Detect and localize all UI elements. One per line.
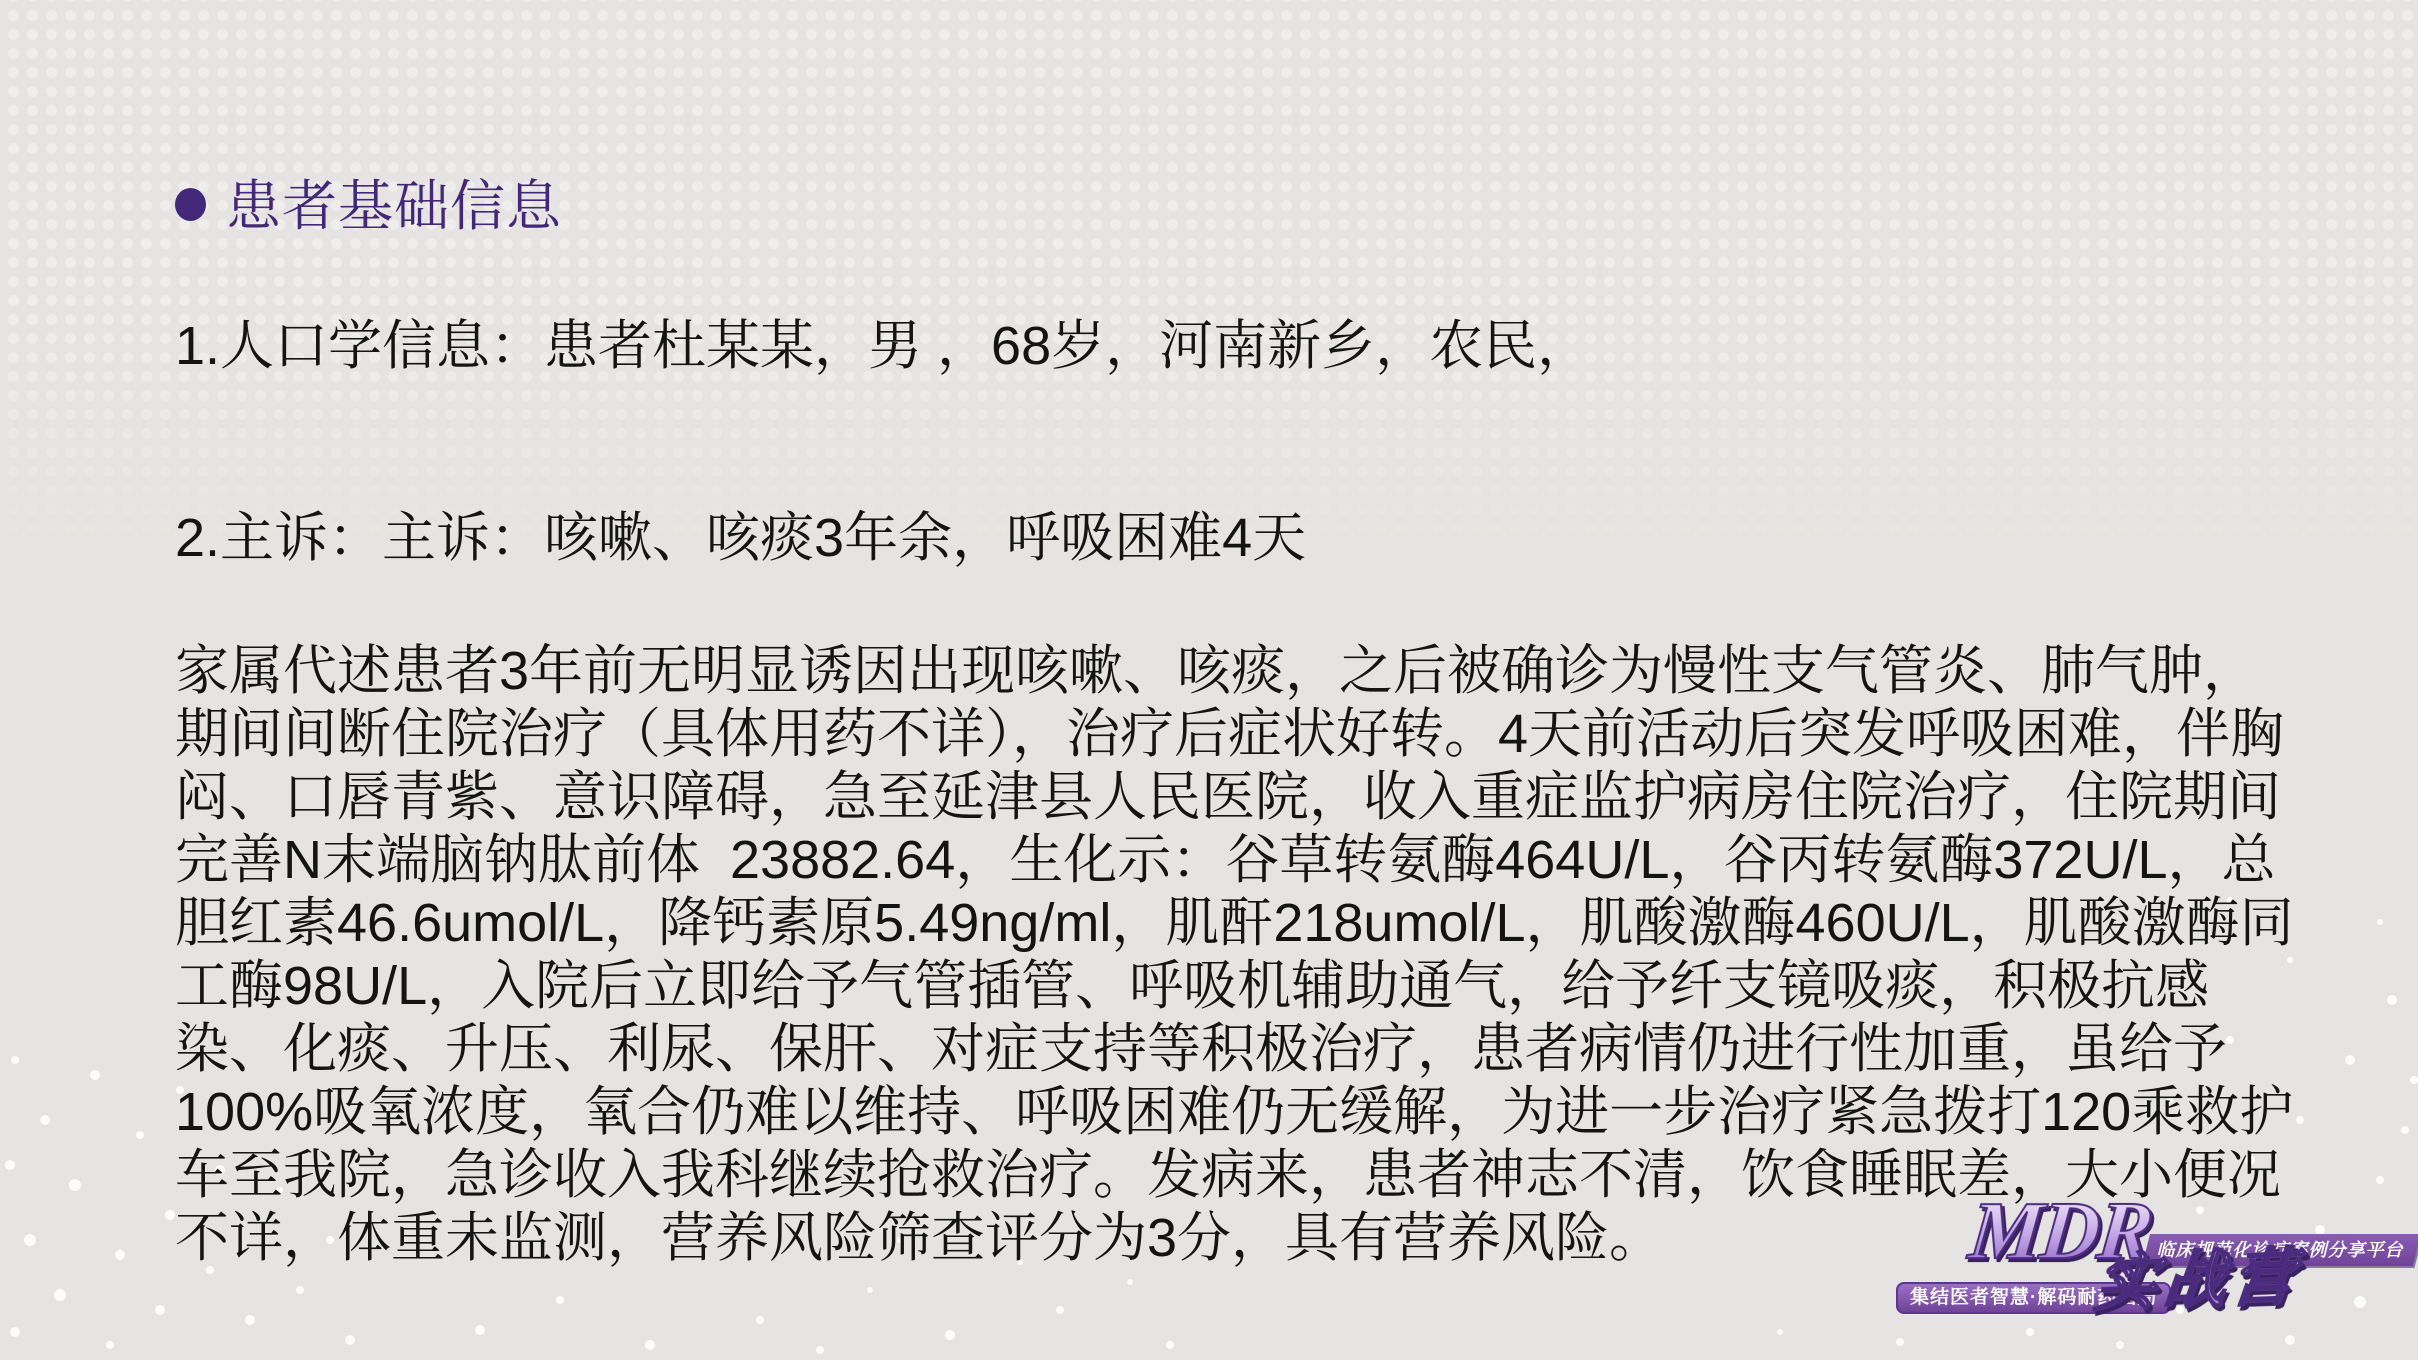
demographics-line: 1.人口学信息：患者杜某某，男 ，68岁，河南新乡，农民，: [175, 315, 1591, 378]
mdr-logo: MDR 临床规范化诊疗案例分享平台 集结医者智慧·解码耐药困局 实战营: [1858, 1182, 2398, 1352]
mdr-logo-camp-text: 实战营: [2092, 1246, 2303, 1315]
slide-canvas: 患者基础信息 1.人口学信息：患者杜某某，男 ，68岁，河南新乡，农民， 2.主…: [0, 0, 2418, 1360]
page-title: 患者基础信息: [226, 162, 562, 241]
chief-complaint-line: 2.主诉：主诉：咳嗽、咳痰3年余，呼吸困难4天: [175, 507, 1306, 570]
bullet-icon: [175, 188, 206, 221]
history-paragraph: 家属代述患者3年前无明显诱因出现咳嗽、咳痰，之后被确诊为慢性支气管炎、肺气肿，期…: [175, 640, 2300, 1270]
background-dot-grid: [0, 0, 2418, 580]
slide-title-row: 患者基础信息: [175, 162, 562, 241]
